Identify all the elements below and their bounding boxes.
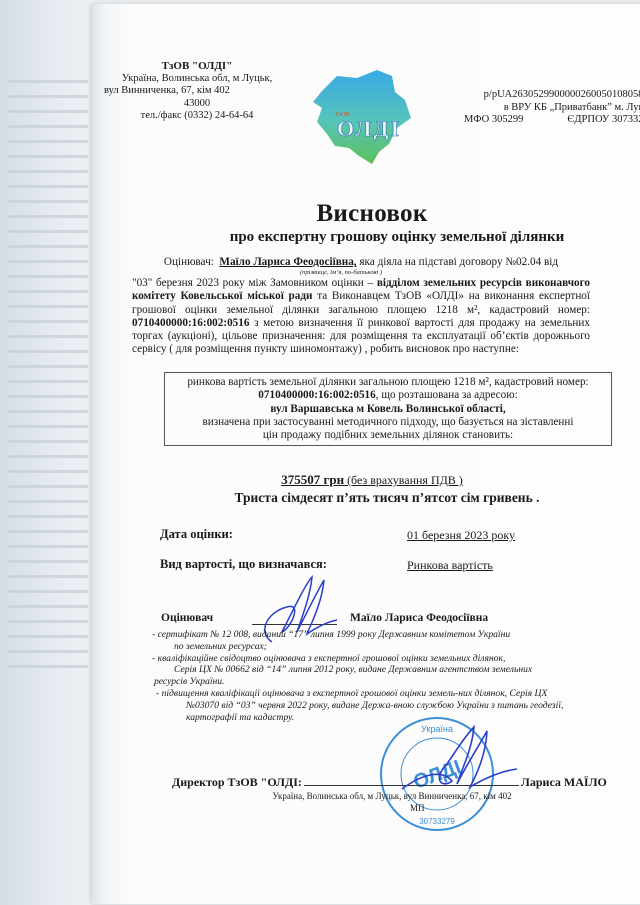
evaluator-signature-name: Маїло Лариса Феодосіївна <box>350 612 488 624</box>
company-header-right: р/рUA263052990000026005010805855 в ВРУ К… <box>464 89 640 127</box>
box-cadastral: 0710400000:16:002:0516 <box>258 389 375 401</box>
evaluator-name: Маїло Лариса Феодосіївна, <box>219 256 356 268</box>
company-postcode: 43000 <box>102 98 292 111</box>
amount-in-words: Триста сімдесят п’ять тисяч п’ятсот сім … <box>92 490 640 506</box>
company-address-line2: вул Винниченка, 67, кім 402 <box>102 85 292 98</box>
evaluator-signature-label: Оцінювач <box>161 612 213 624</box>
company-phone: тел./факс (0332) 24-64-64 <box>102 110 292 123</box>
valuation-date-value: 01 березня 2023 року <box>407 528 515 543</box>
bank-mfo: МФО 305299 <box>464 114 523 127</box>
company-edrpou: ЄДРПОУ 30733279 <box>567 114 640 127</box>
credential-2: - кваліфікаційне свідоцтво оцінювача з е… <box>150 653 628 688</box>
box-line2: , що розташована за адресою: <box>376 389 518 401</box>
credential-1: - сертифікат № 12 008, виданий “17” липн… <box>150 629 628 653</box>
name-hint: (прізвище, ім’я, по-батькові ) <box>92 269 590 277</box>
cadastral-number: 0710400000:16:002:0516 <box>132 317 249 329</box>
document-subtitle: про експертну грошову оцінку земельної д… <box>162 229 632 246</box>
logo-text: ОЛДІ <box>337 116 401 141</box>
valuation-box: ринкова вартість земельної ділянки загал… <box>164 372 612 446</box>
amount-vat-note: (без врахування ПДВ ) <box>344 473 463 487</box>
director-address: Україна, Волинська обл, м Луцьк, вул Вин… <box>92 791 640 801</box>
bleed-through-text <box>8 80 88 680</box>
company-name: ТзОВ "ОЛДІ" <box>102 60 292 73</box>
intro-paragraph: Оціню­вач: Маїло Лариса Феодосіївна, яка… <box>132 256 590 356</box>
valuation-amount: 375507 грн (без врахування ПДВ ) <box>92 472 640 488</box>
bank-account: р/рUA263052990000026005010805855 <box>464 89 640 102</box>
box-method: визначена при застосуванні методичного п… <box>169 416 607 443</box>
value-type-value: Ринкова вартість <box>407 558 493 573</box>
contract-text: яка діяла на підставі договору №02.04 ві… <box>357 256 559 268</box>
contract-date-text: "03" березня 2023 року між Замовником оц… <box>132 277 377 289</box>
bank-name: в ВРУ КБ „Приватбанк” м. Луцьк <box>464 102 640 115</box>
box-address: вул Варшавська м Ковель Волинської облас… <box>169 403 607 416</box>
valuation-date-label: Дата оцінки: <box>160 527 233 542</box>
document-title: Висновок <box>92 200 640 228</box>
evaluator-label: Оціню­вач: <box>164 256 214 268</box>
underlying-page-edge <box>0 0 92 905</box>
company-address-line1: Україна, Волинська обл, м Луцьк, <box>102 73 292 86</box>
amount-value: 375507 грн <box>281 472 344 487</box>
director-label: Директор ТзОВ "ОЛДІ: <box>172 775 302 789</box>
document-page: ТзОВ "ОЛДІ" Україна, Волинська обл, м Лу… <box>92 4 640 904</box>
svg-text:30733279: 30733279 <box>419 817 455 826</box>
evaluator-credentials: - сертифікат № 12 008, виданий “17” липн… <box>150 629 628 723</box>
value-type-label: Вид вартості, що визначався: <box>160 557 327 572</box>
director-name: Лариса МАЇЛО <box>521 775 607 789</box>
company-logo-map-icon: ТзОВ ОЛДІ <box>277 56 427 166</box>
box-line1: ринкова вартість земельної ділянки загал… <box>169 376 607 389</box>
company-header-left: ТзОВ "ОЛДІ" Україна, Волинська обл, м Лу… <box>102 60 292 123</box>
director-signature-icon <box>392 719 522 809</box>
